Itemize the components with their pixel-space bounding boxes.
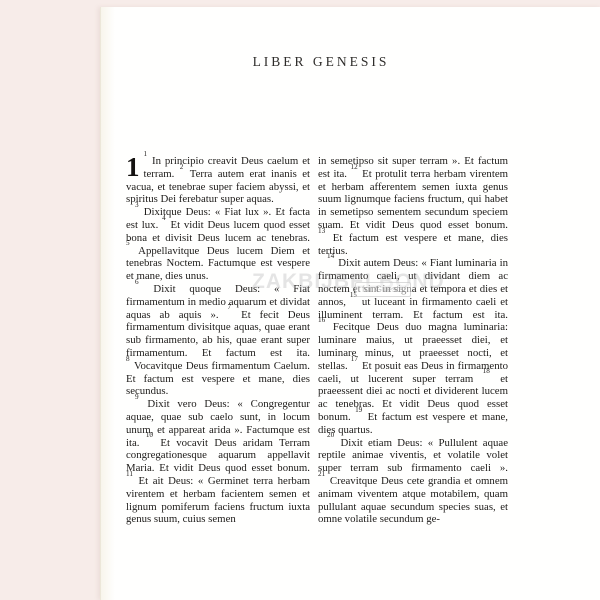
chapter-number: 1 [126,155,144,179]
verse-number: 10 [146,431,154,439]
verse-number: 7 [228,303,233,311]
scanned-book-photo: LIBER GENESIS 11 In principio creavit De… [0,0,600,600]
paragraph: 3 Dixitque Deus: « Fiat lux ». Et facta … [126,206,310,283]
paragraph: 9 Dixit vero Deus: « Congregentur aquae,… [126,398,310,526]
verse-number: 3 [135,201,140,209]
paragraph: 11 In principio creavit Deus caelum et t… [126,155,310,206]
verse-number: 11 [126,470,134,478]
verse-number: 15 [350,291,358,299]
verse-number: 4 [162,214,167,222]
verse-number: 14 [327,252,335,260]
verse-number: 2 [180,163,185,171]
page-title: LIBER GENESIS [126,54,516,70]
paragraph: 6 Dixit quoque Deus: « Fiat firmamentum … [126,283,310,398]
paragraph: 20 Dixit etiam Deus: « Pullulent aquae r… [318,437,508,527]
text-block: 11 In principio creavit Deus caelum et t… [126,155,518,526]
book-page: LIBER GENESIS 11 In principio creavit De… [100,7,600,600]
verse-number: 12 [350,163,358,171]
verse-number: 5 [126,239,131,247]
verse-number: 16 [318,316,326,324]
verse-number: 19 [355,406,363,414]
paragraph: in semetipso sit super terram ». Et fact… [318,155,508,257]
verse-number: 8 [126,355,131,363]
verse-number: 21 [318,470,326,478]
verse-number: 20 [327,431,335,439]
text-column-left: 11 In principio creavit Deus caelum et t… [126,155,310,526]
verse-number: 18 [483,367,491,375]
verse-number: 1 [144,150,149,158]
verse-number: 6 [135,278,140,286]
verse-number: 9 [135,393,140,401]
verse-number: 13 [318,227,326,235]
paragraph: 14 Dixit autem Deus: « Fiant luminaria i… [318,257,508,436]
text-column-right: in semetipso sit super terram ». Et fact… [318,155,508,526]
verse-number: 17 [351,355,359,363]
